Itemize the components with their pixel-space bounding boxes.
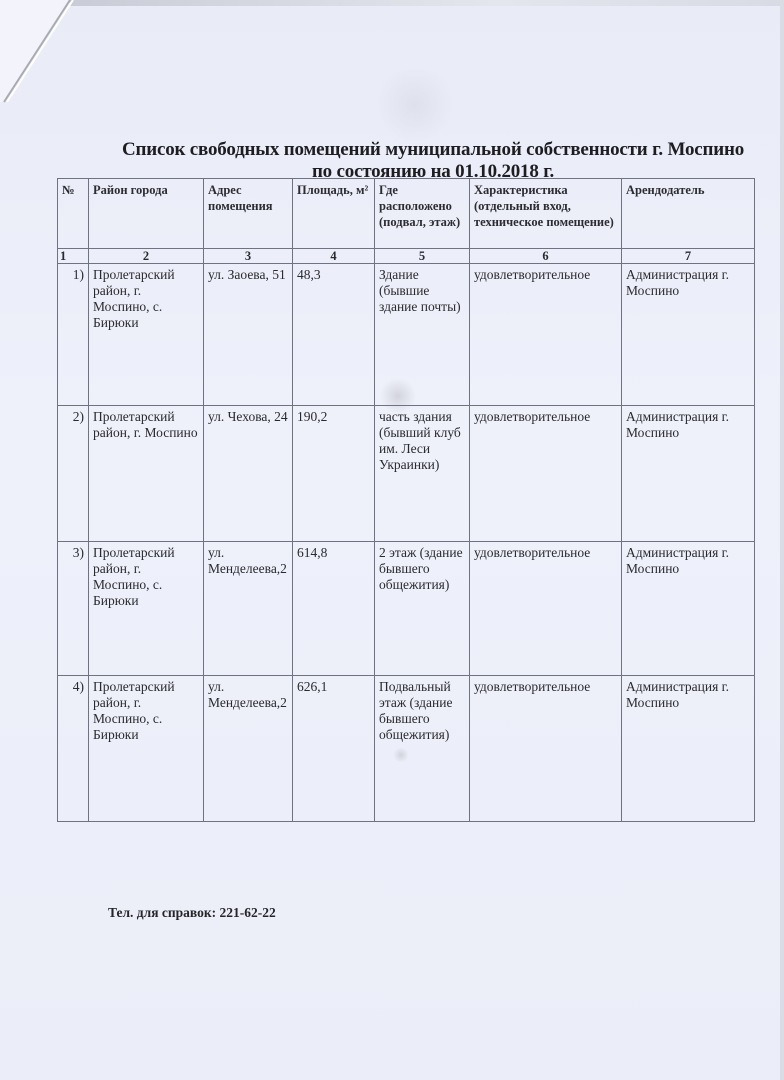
district-cell: Пролетарский район, г. Моспино, с. Бирюк… — [89, 676, 204, 822]
title-line-1: Список свободных помещений муниципальной… — [100, 139, 766, 161]
column-number: 6 — [470, 249, 622, 264]
reference-phone: Тел. для справок: 221-62-22 — [108, 905, 276, 921]
column-number: 4 — [293, 249, 375, 264]
page-top-edge — [70, 0, 784, 6]
lessor-cell: Администрация г. Моспино — [622, 406, 755, 542]
column-number: 7 — [622, 249, 755, 264]
table-row: 2) Пролетарский район, г. Моспино ул. Че… — [58, 406, 755, 542]
table-header-row: № Район города Адрес помещения Площадь, … — [58, 179, 755, 249]
premises-table: № Район города Адрес помещения Площадь, … — [57, 178, 755, 822]
page-right-edge — [780, 0, 784, 1080]
lessor-cell: Администрация г. Моспино — [622, 264, 755, 406]
header-lessor: Арендодатель — [622, 179, 755, 249]
area-cell: 626,1 — [293, 676, 375, 822]
watermark-emblem — [370, 70, 460, 140]
table-row: 4) Пролетарский район, г. Моспино, с. Би… — [58, 676, 755, 822]
table-row: 3) Пролетарский район, г. Моспино, с. Би… — [58, 542, 755, 676]
characteristic-cell: удовлетворительное — [470, 406, 622, 542]
row-number: 3) — [58, 542, 89, 676]
lessor-cell: Администрация г. Моспино — [622, 676, 755, 822]
location-cell: Здание (бывшие здание почты) — [375, 264, 470, 406]
area-cell: 190,2 — [293, 406, 375, 542]
scanned-page: Список свободных помещений муниципальной… — [0, 0, 784, 1080]
characteristic-cell: удовлетворительное — [470, 542, 622, 676]
location-cell: 2 этаж (здание бывшего общежития) — [375, 542, 470, 676]
table-row: 1) Пролетарский район, г. Моспино, с. Би… — [58, 264, 755, 406]
lessor-cell: Администрация г. Моспино — [622, 542, 755, 676]
area-cell: 614,8 — [293, 542, 375, 676]
row-number: 4) — [58, 676, 89, 822]
column-number: 3 — [204, 249, 293, 264]
district-cell: Пролетарский район, г. Моспино, с. Бирюк… — [89, 542, 204, 676]
header-address: Адрес помещения — [204, 179, 293, 249]
area-cell: 48,3 — [293, 264, 375, 406]
header-location: Где расположено (подвал, этаж) — [375, 179, 470, 249]
row-number: 2) — [58, 406, 89, 542]
header-area: Площадь, м² — [293, 179, 375, 249]
folded-corner-icon — [0, 0, 110, 105]
location-cell: часть здания (бывший клуб им. Леси Украи… — [375, 406, 470, 542]
header-district: Район города — [89, 179, 204, 249]
header-number: № — [58, 179, 89, 249]
district-cell: Пролетарский район, г. Моспино, с. Бирюк… — [89, 264, 204, 406]
column-number: 2 — [89, 249, 204, 264]
address-cell: ул. Заоева, 51 — [204, 264, 293, 406]
column-number: 5 — [375, 249, 470, 264]
address-cell: ул. Менделеева,2 — [204, 542, 293, 676]
address-cell: ул. Чехова, 24 — [204, 406, 293, 542]
row-number: 1) — [58, 264, 89, 406]
column-number-row: 1 2 3 4 5 6 7 — [58, 249, 755, 264]
header-characteristic: Характеристика (отдельный вход, техничес… — [470, 179, 622, 249]
district-cell: Пролетарский район, г. Моспино — [89, 406, 204, 542]
location-cell: Подвальный этаж (здание бывшего общежити… — [375, 676, 470, 822]
document-title: Список свободных помещений муниципальной… — [100, 139, 766, 183]
column-number: 1 — [58, 249, 89, 264]
characteristic-cell: удовлетворительное — [470, 676, 622, 822]
characteristic-cell: удовлетворительное — [470, 264, 622, 406]
address-cell: ул. Менделеева,2 — [204, 676, 293, 822]
